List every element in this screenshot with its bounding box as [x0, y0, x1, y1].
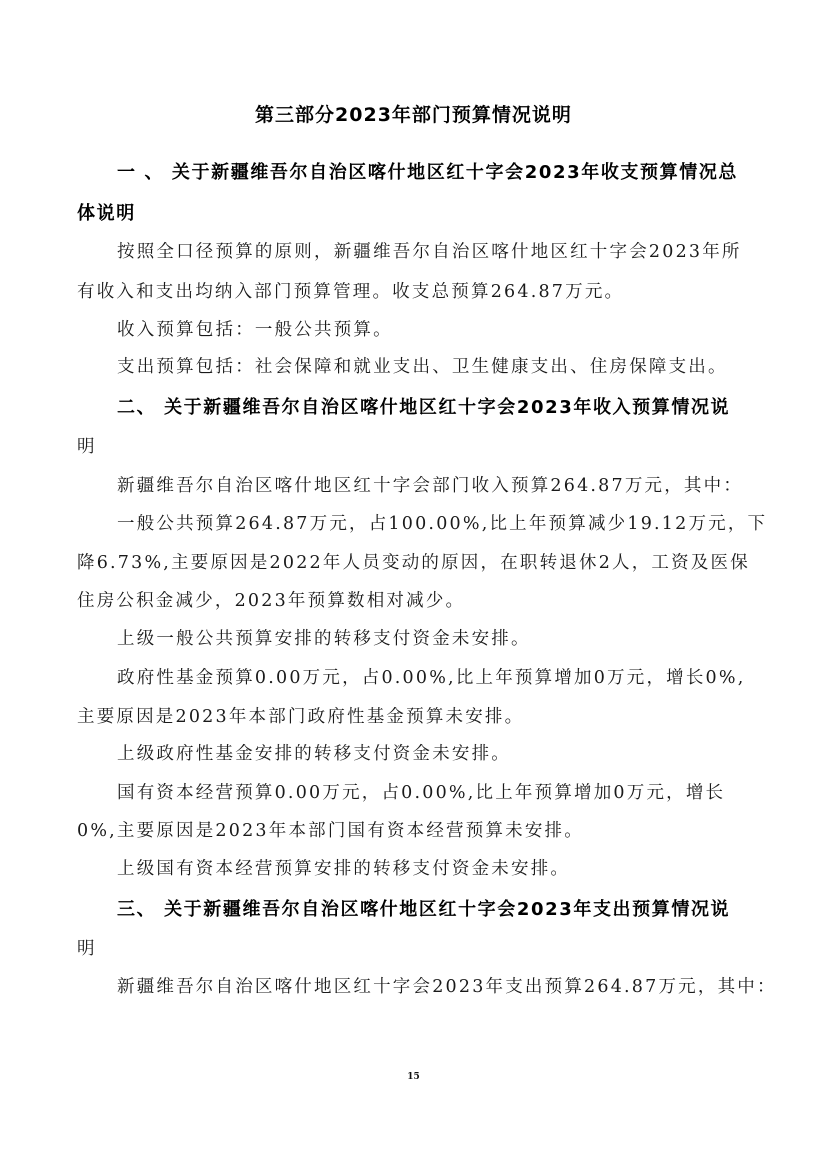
section-3-heading: 三、 关于新疆维吾尔自治区喀什地区红十字会2023年支出预算情况说 [117, 895, 730, 921]
section-2-paragraph-3: 上级一般公共预算安排的转移支付资金未安排。 [117, 625, 531, 650]
section-2-paragraph-4: 政府性基金预算0.00万元，占0.00%,比上年预算增加0万元，增长0%, [117, 664, 745, 689]
document-page: 第三部分2023年部门预算情况说明 一 、 关于新疆维吾尔自治区喀什地区红十字会… [0, 0, 827, 1169]
section-1-heading: 一 、 关于新疆维吾尔自治区喀什地区红十字会2023年收支预算情况总 [117, 158, 738, 184]
section-2-heading: 二、 关于新疆维吾尔自治区喀什地区红十字会2023年收入预算情况说 [117, 393, 730, 419]
section-1-paragraph-1: 按照全口径预算的原则，新疆维吾尔自治区喀什地区红十字会2023年所 [117, 238, 742, 263]
section-1-paragraph-1-continued: 有收入和支出均纳入部门预算管理。收支总预算264.87万元。 [77, 278, 624, 303]
section-1-heading-continued: 体说明 [77, 199, 136, 225]
section-3-paragraph-1: 新疆维吾尔自治区喀什地区红十字会2023年支出预算264.87万元，其中： [117, 973, 777, 998]
section-2-paragraph-7: 上级国有资本经营预算安排的转移支付资金未安排。 [117, 855, 570, 880]
section-2-heading-continued: 明 [77, 433, 97, 458]
section-2-paragraph-1: 新疆维吾尔自治区喀什地区红十字会部门收入预算264.87万元，其中： [117, 472, 743, 497]
section-2-paragraph-2-continued-2: 住房公积金减少，2023年预算数相对减少。 [77, 587, 465, 612]
section-2-paragraph-4-continued: 主要原因是2023年本部门政府性基金预算未安排。 [77, 703, 524, 728]
section-1-paragraph-3: 支出预算包括：社会保障和就业支出、卫生健康支出、住房保障支出。 [117, 353, 728, 378]
section-2-paragraph-2-continued: 降6.73%,主要原因是2022年人员变动的原因，在职转退休2人，工资及医保 [77, 549, 750, 574]
section-3-heading-continued: 明 [77, 935, 97, 960]
section-2-paragraph-6-continued: 0%,主要原因是2023年本部门国有资本经营预算未安排。 [77, 817, 584, 842]
section-2-paragraph-2: 一般公共预算264.87万元，占100.00%,比上年预算减少19.12万元，下 [117, 510, 767, 535]
section-2-paragraph-5: 上级政府性基金安排的转移支付资金未安排。 [117, 740, 511, 765]
section-2-paragraph-6: 国有资本经营预算0.00万元，占0.00%,比上年预算增加0万元，增长 [117, 779, 725, 804]
section-1-paragraph-2: 收入预算包括：一般公共预算。 [117, 316, 393, 341]
page-number: 15 [0, 1072, 827, 1082]
page-title: 第三部分2023年部门预算情况说明 [0, 100, 827, 127]
